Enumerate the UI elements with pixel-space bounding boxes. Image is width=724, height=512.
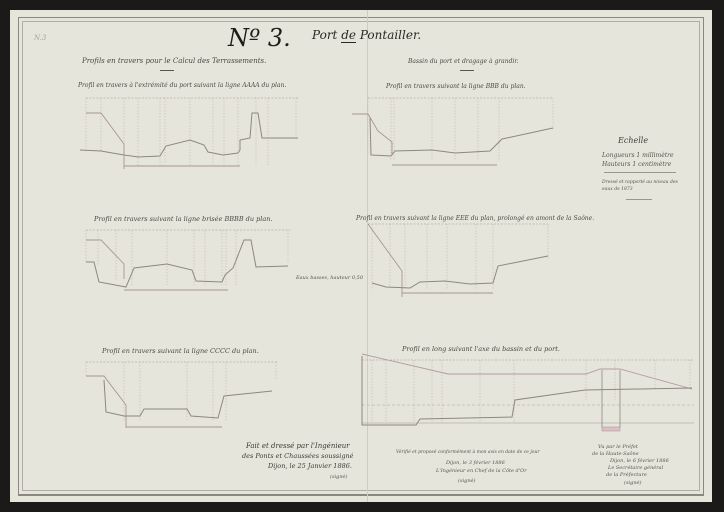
- profile-long-drawing: [362, 354, 694, 431]
- profile-bbb-drawing: [352, 98, 553, 165]
- profile-aaaa-drawing: [80, 98, 298, 169]
- profile-cccc-drawing: [86, 362, 278, 428]
- profile-drawings: [0, 0, 724, 512]
- profile-bbbb-drawing: [86, 230, 290, 290]
- profile-eee-drawing: [368, 224, 548, 297]
